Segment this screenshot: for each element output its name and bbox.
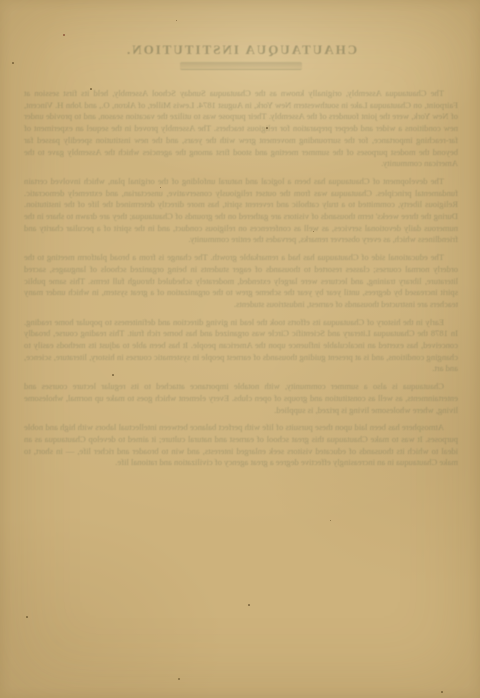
book-page-scan: CHAUTAUQUA INSTITUTION. The Chautauqua A…: [0, 0, 480, 698]
bleedthrough-text-block: CHAUTAUQUA INSTITUTION. The Chautauqua A…: [24, 42, 458, 475]
paper-speck: [313, 231, 314, 232]
bleedthrough-paragraph: The Chautauqua Assembly, originally know…: [24, 88, 458, 170]
paper-speck: [248, 604, 250, 606]
paper-speck: [176, 20, 177, 21]
bleedthrough-subtitle-smudge: [180, 62, 302, 70]
bleedthrough-title: CHAUTAUQUA INSTITUTION.: [24, 42, 458, 58]
paper-speck: [26, 616, 28, 618]
paper-speck: [63, 34, 65, 36]
paper-speck: [178, 678, 180, 680]
paper-speck: [330, 520, 331, 521]
bleedthrough-paragraph: The educational side of Chautauqua has h…: [24, 252, 458, 311]
bleedthrough-paragraph: Early in the history of Chautauqua its e…: [24, 317, 458, 376]
paper-speck: [90, 88, 92, 90]
bleedthrough-paragraph: The development of Chautauqua has been a…: [24, 176, 458, 246]
paper-speck: [441, 691, 443, 693]
paper-speck: [12, 62, 14, 64]
bleedthrough-paragraph: Chautauqua is also a summer community, w…: [24, 381, 458, 416]
paper-speck: [160, 187, 161, 188]
paper-speck: [112, 374, 114, 376]
bleedthrough-paragraph: Atmosphere has been laid upon these purs…: [24, 422, 458, 469]
paper-speck: [266, 127, 268, 129]
